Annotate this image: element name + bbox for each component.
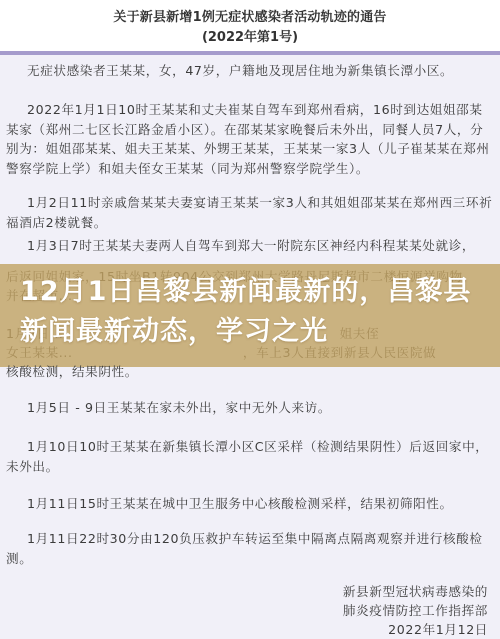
- paragraph-jan11-transfer: 1月11日22时30分由120负压救护车转运至集中隔离点隔离观察并进行核酸检测。: [6, 529, 494, 568]
- paragraph-jan10: 1月10日10时王某某在新集镇长潭小区C区采样（检测结果阴性）后返回家中，未外出…: [6, 437, 494, 476]
- obscured-line-end: 核酸检测，结果阴性。: [6, 362, 494, 382]
- paragraph-jan3: 1月3日7时王某某夫妻两人自驾车到郑大一附院东区神经内科程某某处就诊，: [6, 236, 494, 256]
- headline-text: 12月1日昌黎县新闻最新的，昌黎县新闻最新动态，学习之光: [20, 272, 490, 352]
- paragraph-jan2: 1月2日11时亲戚詹某某夫妻宴请王某某一家3人和其姐姐邵某某在郑州西三环祈福酒店…: [6, 193, 494, 232]
- paragraph-jan1: 2022年1月1日10时王某某和丈夫崔某自驾车到郑州看病，16时到达姐姐邵某某家…: [6, 100, 494, 178]
- notice-title: 关于新县新增1例无症状感染者活动轨迹的通告: [0, 6, 500, 25]
- notice-header: 关于新县新增1例无症状感染者活动轨迹的通告 (2022年第1号): [0, 0, 500, 51]
- paragraph-jan5-9: 1月5日 - 9日王某某在家未外出，家中无外人来访。: [6, 398, 494, 418]
- paragraph-patient-info: 无症状感染者王某某，女，47岁，户籍地及现居住地为新集镇长潭小区。: [6, 61, 494, 81]
- signature-line-2: 肺炎疫情防控工作指挥部: [343, 601, 488, 621]
- paragraph-jan11-test: 1月11日15时王某某在城中卫生服务中心核酸检测采样，结果初筛阳性。: [6, 494, 494, 514]
- signature-date: 2022年1月12日: [388, 620, 488, 639]
- signature-line-1: 新县新型冠状病毒感染的: [343, 582, 488, 602]
- notice-number: (2022年第1号): [0, 26, 500, 45]
- header-divider: [0, 51, 500, 55]
